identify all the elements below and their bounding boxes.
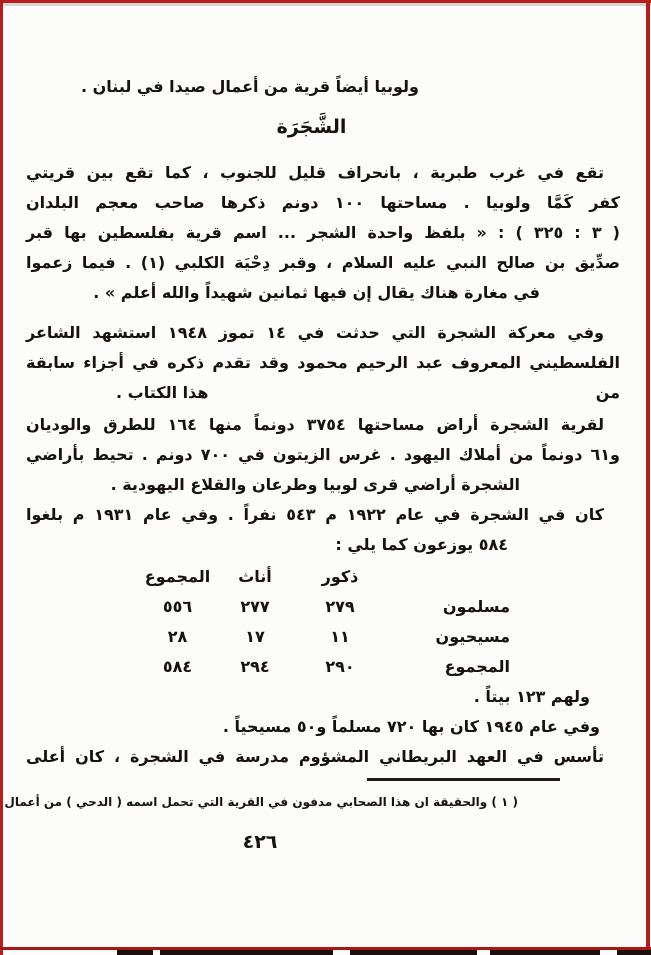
table-header-total: المجموع <box>135 562 220 592</box>
population-table: ذكور أناث المجموع مسلمون ٢٧٩ ٢٧٧ ٥٥٦ مسي… <box>135 562 510 682</box>
page-number: ٤٢٦ <box>0 831 520 853</box>
table-header-males: ذكور <box>290 562 390 592</box>
scan-artifact <box>350 950 477 955</box>
body-line: الفلسطيني المعروف عبد الرحيم محمود وقد ت… <box>26 348 620 378</box>
cell-females: ١٧ <box>220 622 290 652</box>
body-line: ولهم ١٢٣ بيتاً . <box>26 682 620 712</box>
cell-males: ٢٧٩ <box>290 592 390 622</box>
cell-total: ٥٥٦ <box>135 592 220 622</box>
body-line: تقع في غرب طبرية ، بانحراف قليل للجنوب ،… <box>26 158 620 188</box>
cell-total: ٥٨٤ <box>135 652 220 682</box>
scan-artifact <box>490 950 600 955</box>
body-line: صدِّيق بن صالح النبي عليه السلام ، وقبر … <box>26 248 620 278</box>
table-row: مسلمون ٢٧٩ ٢٧٧ ٥٥٦ <box>135 592 510 622</box>
footnote-text: ( ١ ) والحقيقة ان هذا الصحابي مدفون في ا… <box>0 790 518 814</box>
scan-artifact <box>117 950 153 955</box>
scanned-book-page: { "intro_line": "ولوبيا أيضاً قرية من أع… <box>0 0 651 955</box>
cell-males: ١١ <box>290 622 390 652</box>
scan-artifact <box>617 950 651 955</box>
body-line: هذا الكتاب . <box>26 378 620 408</box>
footnote-separator <box>367 778 560 781</box>
body-line: كفر كَمَّا ولوبيا . مساحتها ١٠٠ دونم ذكر… <box>26 188 620 218</box>
text-block: تقع في غرب طبرية ، بانحراف قليل للجنوب ،… <box>26 158 620 772</box>
table-row: المجموع ٢٩٠ ٢٩٤ ٥٨٤ <box>135 652 510 682</box>
cell-males: ٢٩٠ <box>290 652 390 682</box>
scan-border-right <box>646 0 650 955</box>
body-line: لقرية الشجرة أراض مساحتها ٣٧٥٤ دونماً من… <box>26 410 620 440</box>
scan-border-top-shadow <box>0 3 651 6</box>
body-line: و٦١ دونماً من أملاك اليهود . غرس الزيتون… <box>26 440 620 470</box>
body-line: ( ٣ : ٣٢٥ ) : « بلفظ واحدة الشجر ... اسم… <box>26 218 620 248</box>
intro-line: ولوبيا أيضاً قرية من أعمال صيدا في لبنان… <box>81 72 419 102</box>
table-header-empty <box>390 562 510 592</box>
row-label: مسلمون <box>390 592 510 622</box>
table-header-females: أناث <box>220 562 290 592</box>
scan-artifact <box>160 950 333 955</box>
body-line: في مغارة هناك يقال إن فيها ثمانين شهيداً… <box>26 278 620 308</box>
body-line: تأسس في العهد البريطاني المشؤوم مدرسة في… <box>26 742 620 772</box>
row-label: المجموع <box>390 652 510 682</box>
body-line: وفي عام ١٩٤٥ كان بها ٧٢٠ مسلماً و٥٠ مسيح… <box>26 712 620 742</box>
cell-total: ٢٨ <box>135 622 220 652</box>
table-header-row: ذكور أناث المجموع <box>135 562 510 592</box>
body-line: كان في الشجرة في عام ١٩٢٢ م ٥٤٣ نفراً . … <box>26 500 620 530</box>
page-title: الشَّجَرَة <box>0 112 637 142</box>
row-label: مسيحيون <box>390 622 510 652</box>
cell-females: ٢٩٤ <box>220 652 290 682</box>
body-line: وفي معركة الشجرة التي حدثت في ١٤ تموز ١٩… <box>26 318 620 348</box>
table-row: مسيحيون ١١ ١٧ ٢٨ <box>135 622 510 652</box>
cell-females: ٢٧٧ <box>220 592 290 622</box>
